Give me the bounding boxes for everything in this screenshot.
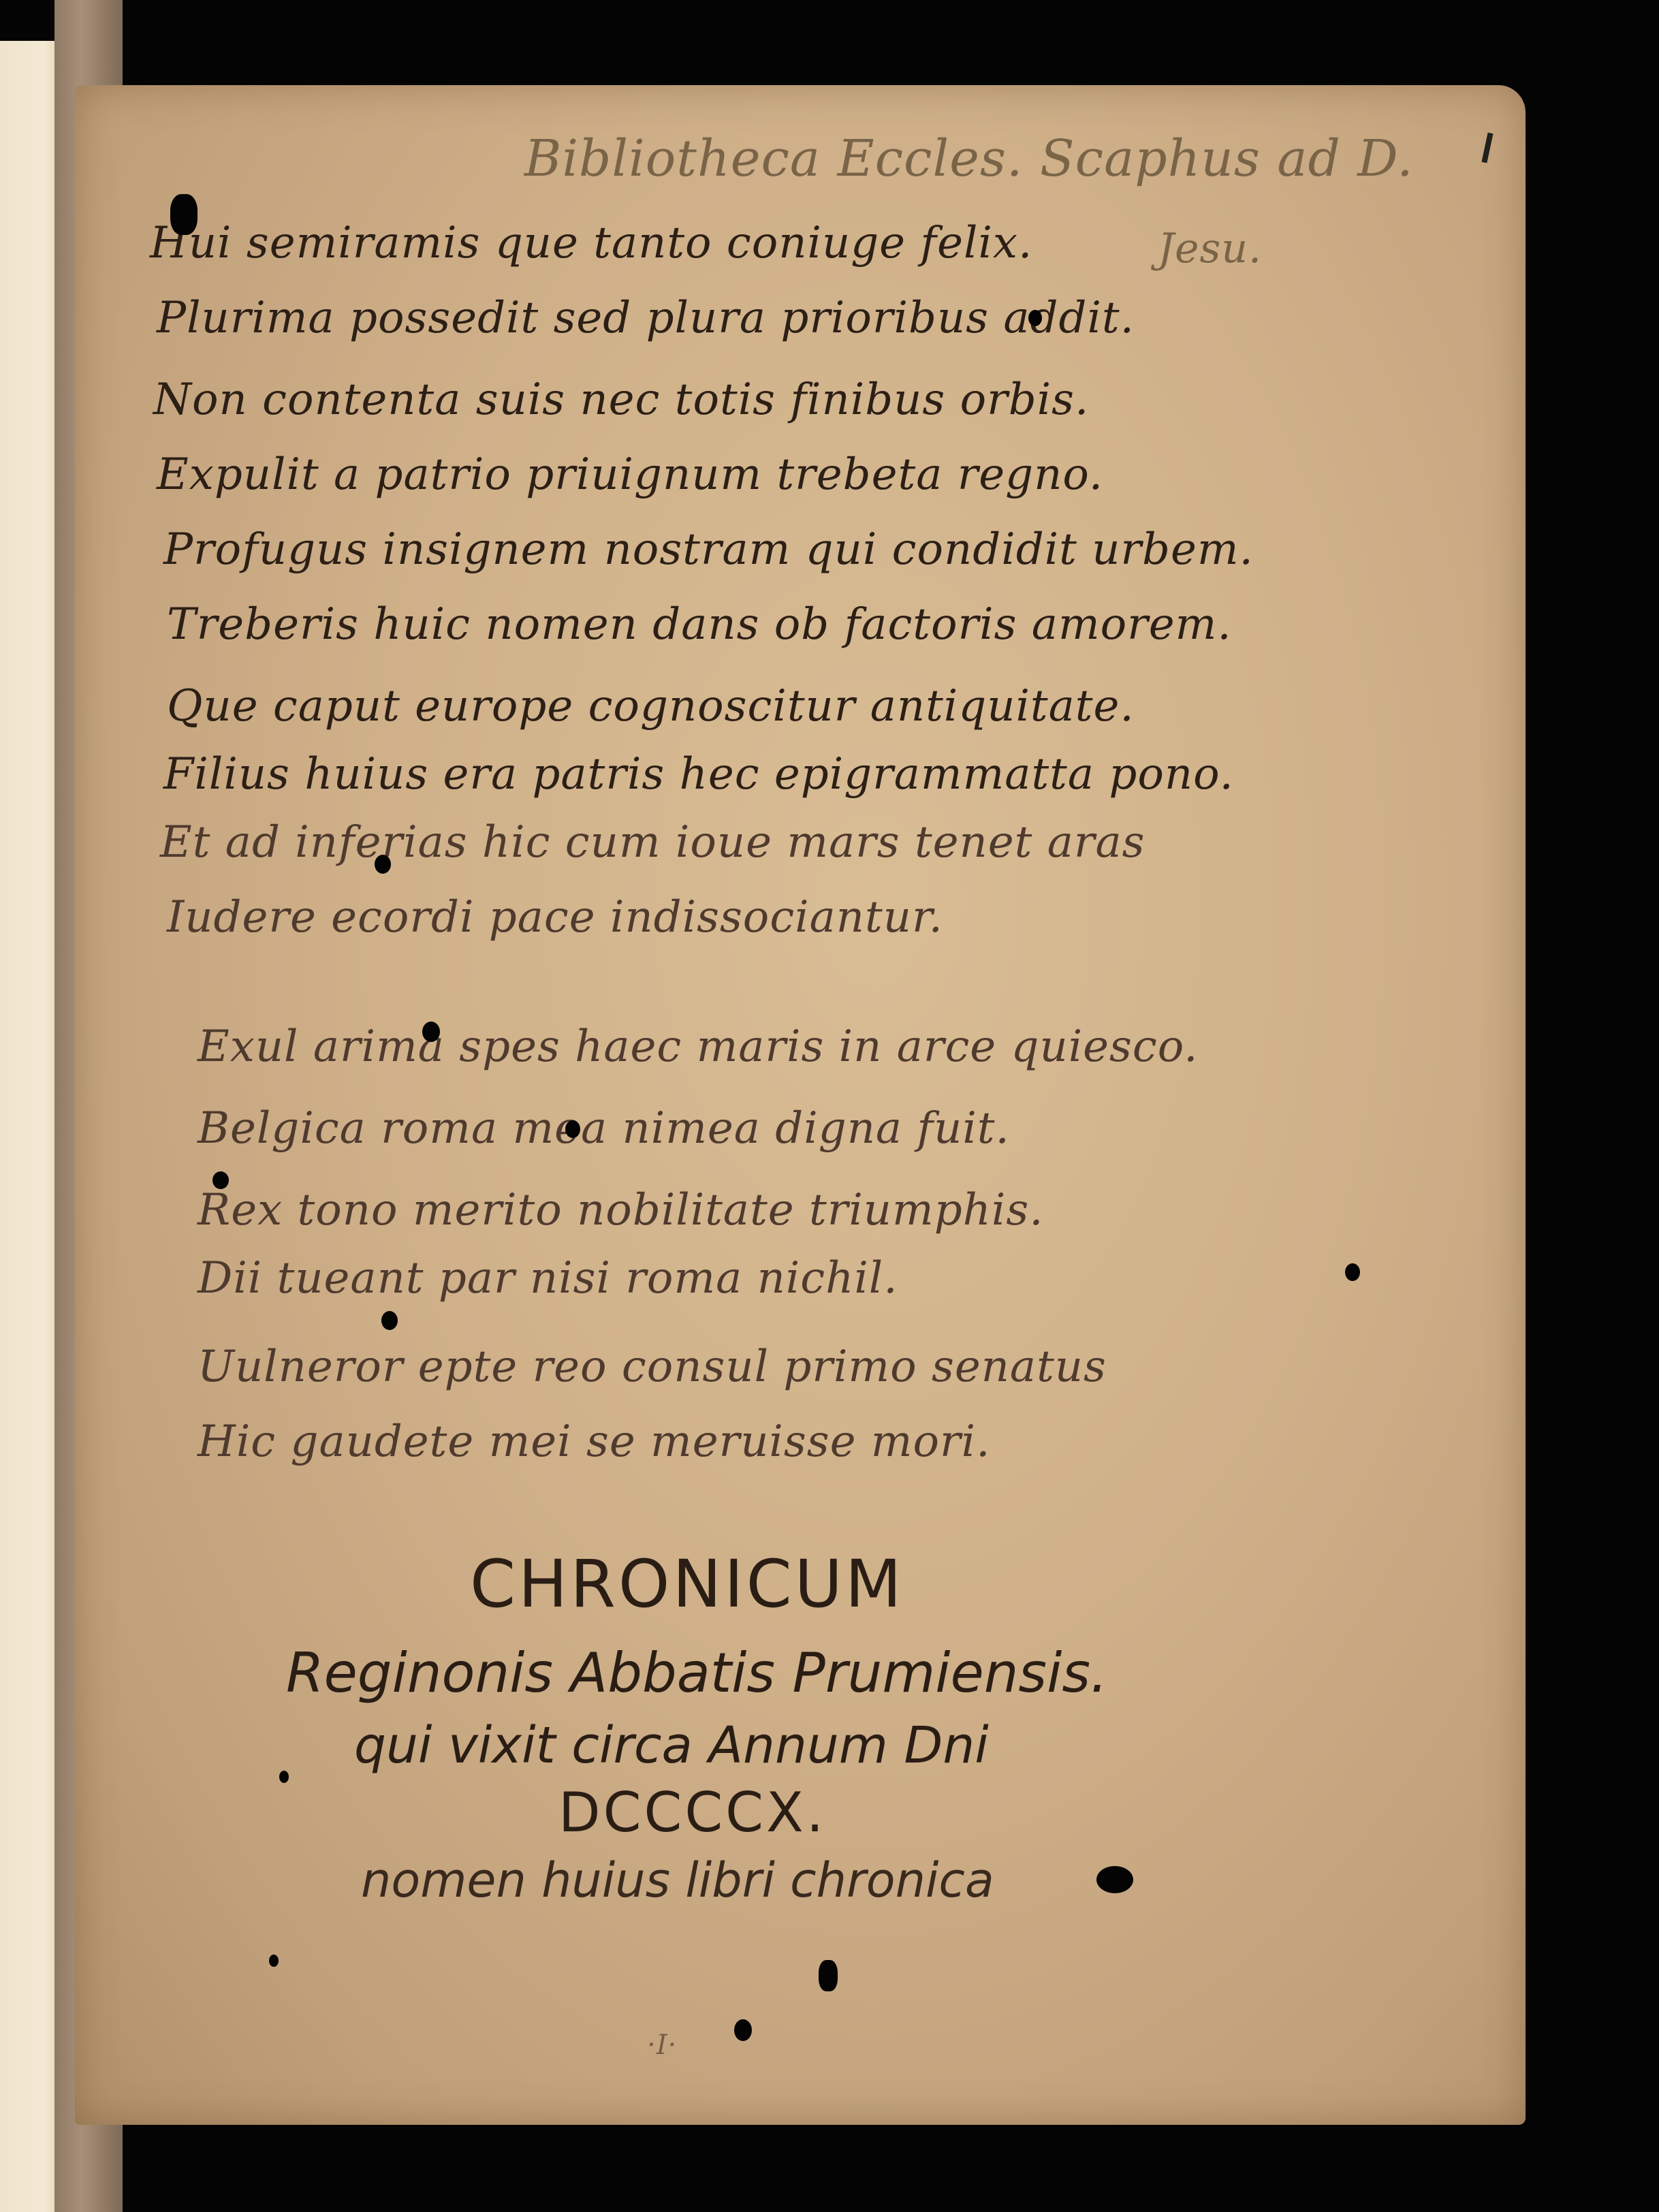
chronicle-name-line: nomen huius libri chronica: [361, 1852, 994, 1908]
verse-line: Hic gaudete mei se meruisse mori.: [197, 1417, 990, 1467]
verse-line: Rex tono merito nobilitate triumphis.: [197, 1185, 1044, 1235]
wormhole: [819, 1960, 838, 1991]
verse-line: Treberis huic nomen dans ob factoris amo…: [167, 599, 1232, 650]
verse-line: Belgica roma mea nimea digna fuit.: [197, 1103, 1010, 1154]
wormhole: [734, 2019, 752, 2041]
wormhole: [1096, 1866, 1133, 1893]
chronicle-date-line: qui vixit circa Annum Dni: [354, 1716, 989, 1775]
verse-line: Exul arima spes haec maris in arce quies…: [197, 1022, 1198, 1072]
verse-line: Hui semiramis que tanto coniuge felix.: [150, 218, 1032, 268]
quire-mark: ·I·: [647, 2029, 677, 2061]
verse-line: Non contenta suis nec totis finibus orbi…: [153, 375, 1089, 425]
wormhole: [375, 855, 391, 874]
wormhole: [212, 1171, 229, 1189]
wormhole: [170, 194, 197, 235]
verse-line: Plurima possedit sed plura prioribus add…: [157, 293, 1135, 343]
verse-line: Dii tueant par nisi roma nichil.: [197, 1253, 898, 1303]
verse-line: Expulit a patrio priuignum trebeta regno…: [157, 449, 1103, 500]
wormhole: [1345, 1263, 1360, 1281]
ownership-annotation-2: Jesu.: [1158, 225, 1262, 272]
wormhole: [381, 1311, 398, 1330]
wormhole: [279, 1771, 289, 1783]
verse-line: Iudere ecordi pace indissociantur.: [167, 892, 943, 943]
chronicle-heading: CHRONICUM: [470, 1546, 904, 1622]
wormhole: [269, 1955, 279, 1967]
wormhole: [422, 1022, 440, 1042]
ownership-annotation: Bibliotheca Eccles. Scaphus ad D.: [524, 129, 1414, 188]
chronicle-year: DCCCCX.: [558, 1781, 826, 1844]
verse-line: Uulneror epte reo consul primo senatus: [197, 1342, 1107, 1392]
wormhole: [1028, 310, 1042, 326]
verse-line: Profugus insignem nostram qui condidit u…: [163, 524, 1254, 575]
verse-line: Que caput europe cognoscitur antiquitate…: [167, 681, 1135, 731]
verse-line: Filius huius era patris hec epigrammatta…: [163, 749, 1234, 800]
chronicle-author: Reginonis Abbatis Prumiensis.: [286, 1641, 1107, 1705]
wormhole: [565, 1120, 580, 1138]
verse-line: Et ad inferias hic cum ioue mars tenet a…: [160, 817, 1145, 868]
